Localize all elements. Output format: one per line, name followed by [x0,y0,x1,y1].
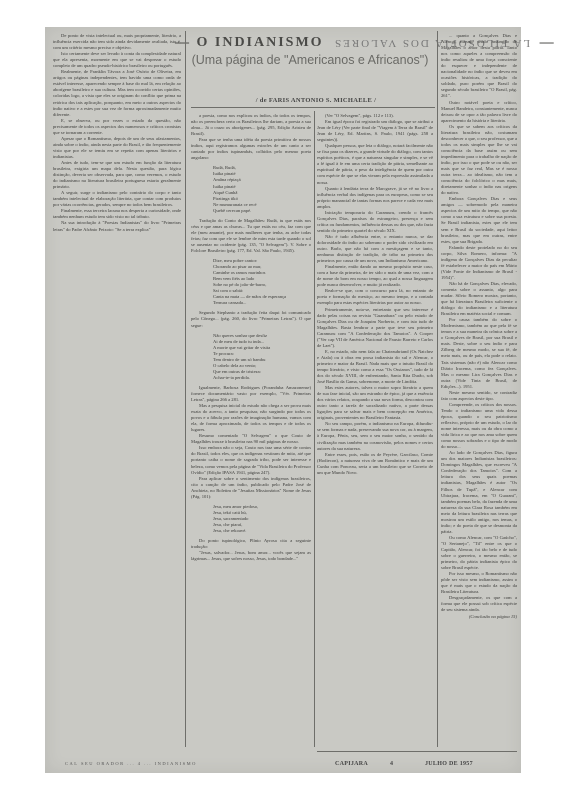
paragraph: Por isso mesmo, o Romantismo não pôde se… [441,571,517,595]
article-byline: / de FARIS ANTONIO S. MICHAELE / [191,97,441,104]
byline-rule [191,107,435,108]
title-text: O INDIANISMO [197,35,324,50]
poem-verse: Dize, meu pobre cantor:Chorando ao pisar… [191,258,311,306]
poem-verse: Rudá, Rudá,Iuáka pinaiéAmãna répiaçáIuák… [191,165,311,213]
paragraph: Outro notável poeta e crítico, Manuel Ba… [441,100,517,124]
paragraph: Finalmente, essa terceira lacuna nos des… [53,208,181,220]
paragraph: Primeiramente, nota-se, entretanto que s… [317,307,433,349]
verse-line: Ternura cansada... [213,300,311,306]
paragraph: Realmente, de Franklin Távora a José Osó… [53,69,181,117]
paragraph: Finalmente, então dando ao mesmo propósi… [317,264,433,288]
newspaper-page: — O INDIANISMO LA FILOSOFIA DOS VALORES … [45,27,521,773]
poem-verse: Não queres sonhar que desfizAi de meu de… [191,333,311,381]
column-divider-3 [437,31,438,747]
column-divider-1 [185,31,186,747]
paragraph: Falando deste protelado no do seu corpo,… [441,245,517,281]
paragraph: E, se observa, ou por vezes o estado da … [53,118,181,136]
paragraph: Apesar que o Romantismo, depois de um de… [53,136,181,160]
paragraph: Em igual época foi registrado um diálogo… [317,119,433,143]
paragraph: Isto certamente deve ser levado à conta … [53,51,181,69]
paragraph: Qualquer pessoa, que leia o diálogo, not… [317,143,433,185]
poem-verse: Jesu, meu amor piedoso,Jesu, tekó catú h… [191,504,311,534]
paragraph: a poesia, como nos explicou os índios, d… [191,113,311,137]
column-1: De ponto de vista intelectual ou, mais p… [53,33,181,745]
paragraph: "Jesus, salvador... Jesus, bom amor... v… [191,550,311,562]
verse-line: Achar-te-ia perdida. [213,375,311,381]
paragraph: Ou como Alencar, com "O Gaúcho", "O Sert… [441,535,517,571]
paragraph: Na sua introdução à "Poesias Indianistas… [53,220,181,232]
paragraph: Antes de tudo, tem-se que um estudo em f… [53,160,181,190]
paragraph: Igualmente, Barbosa Rodrigues (Poranduba… [191,385,311,403]
paragraph: E, no estado, não nem fala ao Chateaubri… [317,349,433,385]
footer-date: JULHO DE 1957 [425,761,473,767]
paragraph: Isso embora não o seja, Couto nos traz u… [191,445,311,475]
paragraph: Segundo Stephanio a tradução feita daqui… [191,310,311,328]
paragraph: Para aplicar sobre o sentimento dos indí… [191,476,311,500]
paragraph: Quanto à lendária terra de Marcgrave, já… [317,186,433,210]
paragraph: Neste mesmo sentido, se contradiz fato c… [441,390,517,402]
verse-line: Jesu, che rekoavé. [213,528,311,534]
paragraph: Mas a pesquisa inicial do estudo não che… [191,403,311,433]
paragraph: Realce-se que, com o concurso para lá, n… [317,288,433,306]
paragraph: Os que se sabem aos críticos da literatu… [441,124,517,197]
paragraph: No seu campo, porém, o indianismo na Eur… [317,421,433,451]
column-3: (Ver "O Selvagem", págs. 112 e 113).Em i… [317,113,433,745]
footer-publication: CAPIJARA [335,761,368,767]
paragraph: Não é tudo afluência entre, o entanto nu… [317,234,433,264]
article-subtitle: (Uma página de "Americanos e Africanos") [175,53,445,67]
column-divider-2 [314,111,315,747]
paragraph: Entre esses, pois, estão os de Peyrère, … [317,452,433,476]
title-rule-right: — [540,35,556,50]
paragraph: Por causa também do sobre o Modernismo, … [441,317,517,390]
paragraph: Não há de Gonçalves Dias, elevado, comen… [441,281,517,317]
verse-line: Quebê cerecan papé. [213,208,311,214]
footer-page-number: 4 [390,761,393,767]
paragraph: Do ponto tupinológico, Plínio Ayrosa cit… [191,538,311,550]
continuation-note: (Conclusão na página 15) [441,614,517,620]
paragraph: Tradução do Conto de Magalhães: Rudá, tu… [191,218,311,254]
paragraph: Para que se tenha uma idéia da poesia pr… [191,137,311,161]
paragraph: Desgraçadamente, os que com a forma que … [441,595,517,613]
article-title: — O INDIANISMO LA FILOSOFIA DOS VALORES … [175,35,445,51]
paragraph: Embora Gonçalves Dias e seus amigos — so… [441,196,517,244]
footer-left: CAL SEU ORADOR ... 4 ... INDIANISMO [65,761,197,766]
paragraph: ... quanto a Gonçalves Dias e Alencar, m… [441,33,517,100]
column-2: a poesia, como nos explicou os índios, d… [191,113,311,745]
paragraph: Ao lado de Gonçalves Dias, figura um dos… [441,450,517,535]
footer-rule [317,751,517,752]
paragraph: Resumo comentado "O Selvagem" o que Cout… [191,433,311,445]
column-4: ... quanto a Gonçalves Dias e Alencar, m… [441,33,517,745]
paragraph: A seguir, surge o indianismo pelo contrá… [53,190,181,208]
paragraph: Mas estes autores, talvez o maior sopro … [317,385,433,421]
paragraph: Iniciação temporaria do Caramuru, crendo… [317,210,433,234]
article-header: — O INDIANISMO LA FILOSOFIA DOS VALORES … [175,35,445,67]
paragraph: Compreende, os críticos dos nossos. Tend… [441,402,517,450]
paragraph: De ponto de vista intelectual ou, mais p… [53,33,181,51]
